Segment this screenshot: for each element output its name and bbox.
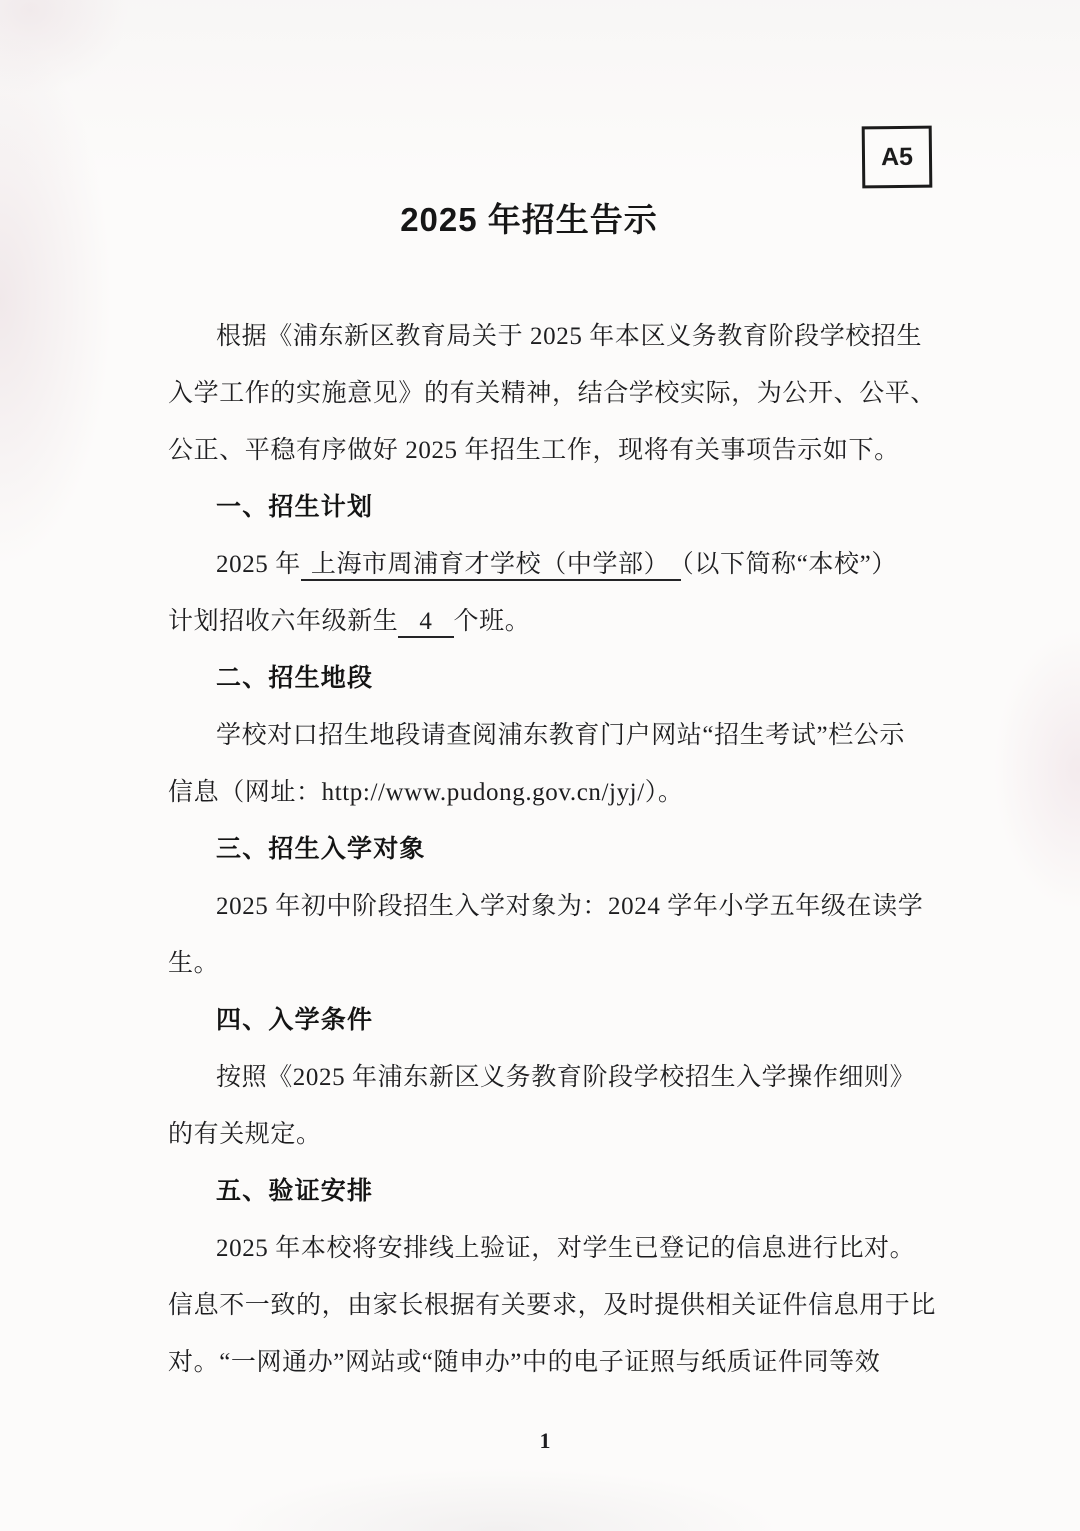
section-plan-line-1: 2025 年上海市周浦育才学校（中学部）（以下简称“本校”） xyxy=(168,536,958,593)
page-number: 1 xyxy=(0,1428,1080,1454)
school-name-underlined: 上海市周浦育才学校（中学部） xyxy=(301,551,681,581)
section-target-line-1: 2025 年初中阶段招生入学对象为：2024 学年小学五年级在读学 xyxy=(168,878,958,935)
a5-label: A5 xyxy=(881,142,913,171)
section-target-heading: 三、招生入学对象 xyxy=(168,821,958,878)
plan-classes-prefix: 计划招收六年级新生 xyxy=(168,608,398,635)
intro-line-3: 公正、平稳有序做好 2025 年招生工作，现将有关事项告示如下。 xyxy=(168,422,958,479)
section-verification-line-3: 对。“一网通办”网站或“随申办”中的电子证照与纸质证件同等效 xyxy=(168,1334,958,1391)
section-district-line-2: 信息（网址：http://www.pudong.gov.cn/jyj/）。 xyxy=(168,764,958,821)
plan-year-prefix: 2025 年 xyxy=(216,551,301,578)
document-body: 根据《浦东新区教育局关于 2025 年本区义务教育阶段学校招生 入学工作的实施意… xyxy=(168,308,958,1391)
intro-line-1: 根据《浦东新区教育局关于 2025 年本区义务教育阶段学校招生 xyxy=(168,308,958,365)
plan-alias-suffix: （以下简称“本校”） xyxy=(681,551,897,578)
plan-classes-suffix: 个班。 xyxy=(454,608,531,635)
section-plan-heading: 一、招生计划 xyxy=(168,479,958,536)
scanned-document-page: A5 2025 年招生告示 根据《浦东新区教育局关于 2025 年本区义务教育阶… xyxy=(0,0,1080,1531)
section-district-line-1: 学校对口招生地段请查阅浦东教育门户网站“招生考试”栏公示 xyxy=(168,707,958,764)
section-verification-line-2: 信息不一致的，由家长根据有关要求，及时提供相关证件信息用于比 xyxy=(168,1277,958,1334)
section-conditions-line-2: 的有关规定。 xyxy=(168,1106,958,1163)
section-plan-line-2: 计划招收六年级新生4个班。 xyxy=(168,593,958,650)
section-conditions-line-1: 按照《2025 年浦东新区义务教育阶段学校招生入学操作细则》 xyxy=(168,1049,958,1106)
section-target-line-2: 生。 xyxy=(168,935,958,992)
section-conditions-heading: 四、入学条件 xyxy=(168,992,958,1049)
section-district-heading: 二、招生地段 xyxy=(168,650,958,707)
section-verification-line-1: 2025 年本校将安排线上验证，对学生已登记的信息进行比对。 xyxy=(168,1220,958,1277)
document-title: 2025 年招生告示 xyxy=(0,194,1058,241)
intro-line-2: 入学工作的实施意见》的有关精神，结合学校实际，为公开、公平、 xyxy=(168,365,958,422)
a5-paper-size-box: A5 xyxy=(862,126,933,189)
classes-count-underlined: 4 xyxy=(398,608,453,638)
section-verification-heading: 五、验证安排 xyxy=(168,1163,958,1220)
